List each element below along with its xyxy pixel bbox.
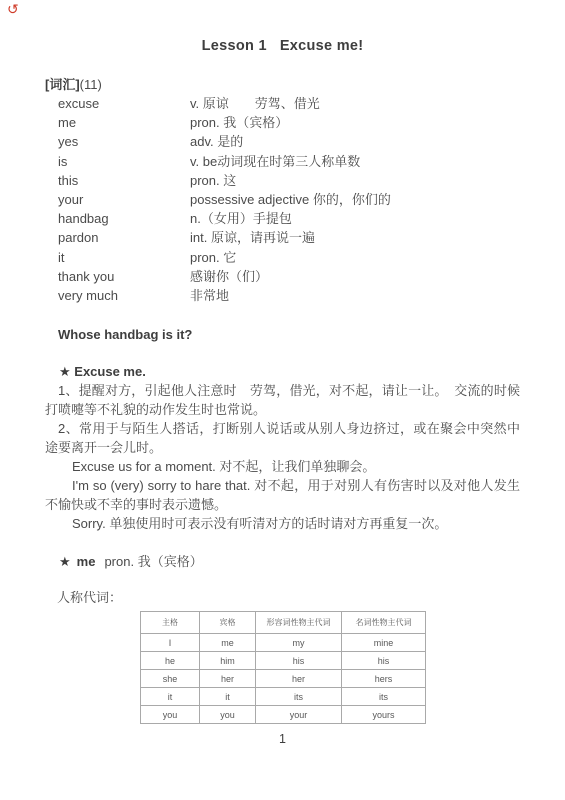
vocab-word: yes xyxy=(58,132,190,151)
table-cell: its xyxy=(256,688,342,706)
vocab-heading-count: (11) xyxy=(80,77,102,92)
star-icon: ★ xyxy=(59,364,71,379)
me-heading-word: me xyxy=(77,554,96,569)
table-cell: he xyxy=(141,652,200,670)
table-cell: his xyxy=(256,652,342,670)
vocab-definition: pron. 这 xyxy=(190,171,520,190)
table-cell: yours xyxy=(342,706,426,724)
lesson-question: Whose handbag is it? xyxy=(45,325,520,344)
vocab-word: excuse xyxy=(58,94,190,113)
vocab-row: thank you感谢你（们） xyxy=(45,267,520,286)
vocab-row: isv. be动词现在时第三人称单数 xyxy=(45,152,520,171)
page-content: [词汇](11) excusev. 原谅 劳驾、借光 mepron. 我（宾格）… xyxy=(45,75,520,747)
vocab-section-heading: [词汇](11) xyxy=(45,75,520,94)
page-title: Lesson 1 Excuse me! xyxy=(0,0,565,54)
column-header: 主格 xyxy=(141,612,200,634)
table-cell: mine xyxy=(342,634,426,652)
vocab-definition: pron. 它 xyxy=(190,248,520,267)
vocab-definition: n.（女用）手提包 xyxy=(190,209,520,228)
table-cell: it xyxy=(141,688,200,706)
me-heading: ★mepron. 我（宾格） xyxy=(45,552,520,571)
document-page: ↺ Lesson 1 Excuse me! [词汇](11) excusev. … xyxy=(0,0,565,800)
excuse-example-1: Excuse us for a moment. 对不起，让我们单独聊会。 xyxy=(45,457,520,476)
vocab-word: thank you xyxy=(58,267,190,286)
vocab-row: thispron. 这 xyxy=(45,171,520,190)
vocab-word: handbag xyxy=(58,209,190,228)
vocab-row: itpron. 它 xyxy=(45,248,520,267)
vocab-word: your xyxy=(58,190,190,209)
vocab-row: yourpossessive adjective 你的，你们的 xyxy=(45,190,520,209)
table-row: it it its its xyxy=(141,688,426,706)
vocab-word: this xyxy=(58,171,190,190)
pronoun-table-header-row: 主格 宾格 形容词性物主代词 名词性物主代词 xyxy=(141,612,426,634)
table-cell: your xyxy=(256,706,342,724)
vocab-definition: adv. 是的 xyxy=(190,132,520,151)
corner-mark-icon: ↺ xyxy=(7,2,19,16)
excuse-example-3: Sorry. 单独使用时可表示没有听清对方的话时请对方再重复一次。 xyxy=(45,514,520,533)
table-cell: its xyxy=(342,688,426,706)
excuse-paragraph-1: 1、提醒对方，引起他人注意时 劳驾，借光，对不起，请让一让。 交流的时候打喷嚏等… xyxy=(45,381,520,419)
vocab-definition: possessive adjective 你的，你们的 xyxy=(190,190,520,209)
vocab-word: is xyxy=(58,152,190,171)
vocab-definition: int. 原谅，请再说一遍 xyxy=(190,228,520,247)
table-cell: hers xyxy=(342,670,426,688)
table-row: she her her hers xyxy=(141,670,426,688)
table-cell: her xyxy=(200,670,256,688)
table-cell: you xyxy=(200,706,256,724)
table-cell: my xyxy=(256,634,342,652)
vocab-word: pardon xyxy=(58,228,190,247)
table-cell: her xyxy=(256,670,342,688)
vocab-row: excusev. 原谅 劳驾、借光 xyxy=(45,94,520,113)
table-row: I me my mine xyxy=(141,634,426,652)
table-cell: his xyxy=(342,652,426,670)
vocab-row: handbagn.（女用）手提包 xyxy=(45,209,520,228)
vocab-row: pardonint. 原谅，请再说一遍 xyxy=(45,228,520,247)
vocab-row: yesadv. 是的 xyxy=(45,132,520,151)
vocab-definition: v. be动词现在时第三人称单数 xyxy=(190,152,520,171)
table-cell: I xyxy=(141,634,200,652)
column-header: 宾格 xyxy=(200,612,256,634)
vocab-row: mepron. 我（宾格） xyxy=(45,113,520,132)
star-icon: ★ xyxy=(59,554,71,569)
vocab-definition: 非常地 xyxy=(190,286,520,305)
vocab-definition: pron. 我（宾格） xyxy=(190,113,520,132)
excuse-heading-text: Excuse me. xyxy=(74,364,146,379)
vocab-list: excusev. 原谅 劳驾、借光 mepron. 我（宾格） yesadv. … xyxy=(45,94,520,305)
table-cell: she xyxy=(141,670,200,688)
vocab-row: very much非常地 xyxy=(45,286,520,305)
pronoun-table: 主格 宾格 形容词性物主代词 名词性物主代词 I me my mine he h… xyxy=(140,611,426,724)
me-heading-definition: pron. 我（宾格） xyxy=(104,554,202,569)
table-row: you you your yours xyxy=(141,706,426,724)
table-cell: him xyxy=(200,652,256,670)
excuse-example-2: I'm so (very) sorry to hare that. 对不起，用于… xyxy=(45,476,520,514)
table-cell: you xyxy=(141,706,200,724)
excuse-paragraph-2: 2、常用于与陌生人搭话，打断别人说话或从别人身边挤过，或在聚会中突然中途要离开一… xyxy=(45,419,520,457)
table-row: he him his his xyxy=(141,652,426,670)
column-header: 名词性物主代词 xyxy=(342,612,426,634)
vocab-word: me xyxy=(58,113,190,132)
page-number: 1 xyxy=(45,732,520,747)
pronoun-table-intro: 人称代词： xyxy=(45,588,520,607)
table-cell: me xyxy=(200,634,256,652)
vocab-heading-bracket: [词汇] xyxy=(45,77,80,92)
vocab-definition: 感谢你（们） xyxy=(190,267,520,286)
table-cell: it xyxy=(200,688,256,706)
column-header: 形容词性物主代词 xyxy=(256,612,342,634)
vocab-word: very much xyxy=(58,286,190,305)
excuse-heading: ★ Excuse me. xyxy=(45,362,520,381)
vocab-word: it xyxy=(58,248,190,267)
vocab-definition: v. 原谅 劳驾、借光 xyxy=(190,94,520,113)
